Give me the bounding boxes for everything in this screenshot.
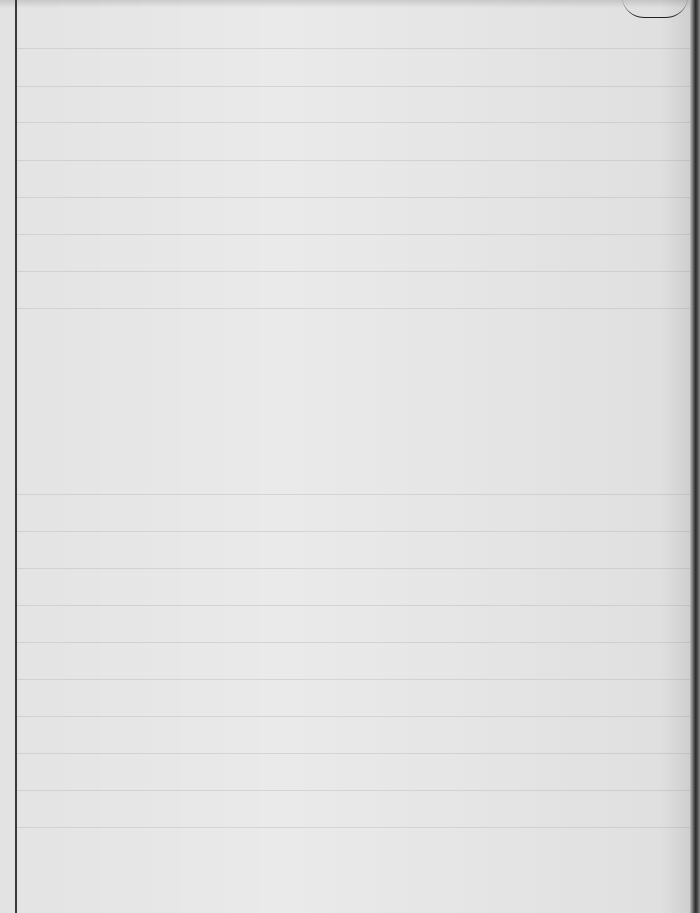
left-margin-rule bbox=[15, 0, 17, 913]
book-binding-gutter bbox=[690, 0, 700, 913]
ruled-line bbox=[17, 122, 690, 123]
ruled-line bbox=[17, 197, 690, 198]
ruled-line bbox=[17, 494, 690, 495]
ruled-line bbox=[17, 827, 690, 828]
ruled-line bbox=[17, 234, 690, 235]
scan-top-shadow bbox=[0, 0, 700, 8]
ruled-line bbox=[17, 642, 690, 643]
ruled-line bbox=[17, 716, 690, 717]
ruled-line bbox=[17, 160, 690, 161]
ruled-line bbox=[17, 271, 690, 272]
ruled-line bbox=[17, 86, 690, 87]
ruled-line bbox=[17, 679, 690, 680]
ruled-line bbox=[17, 568, 690, 569]
binding-shadow bbox=[660, 0, 692, 913]
ruled-line bbox=[17, 790, 690, 791]
ruled-line bbox=[17, 308, 690, 309]
ruled-line bbox=[17, 48, 690, 49]
ruled-line bbox=[17, 753, 690, 754]
document-page bbox=[0, 0, 700, 913]
ruled-line bbox=[17, 605, 690, 606]
ruled-line bbox=[17, 531, 690, 532]
